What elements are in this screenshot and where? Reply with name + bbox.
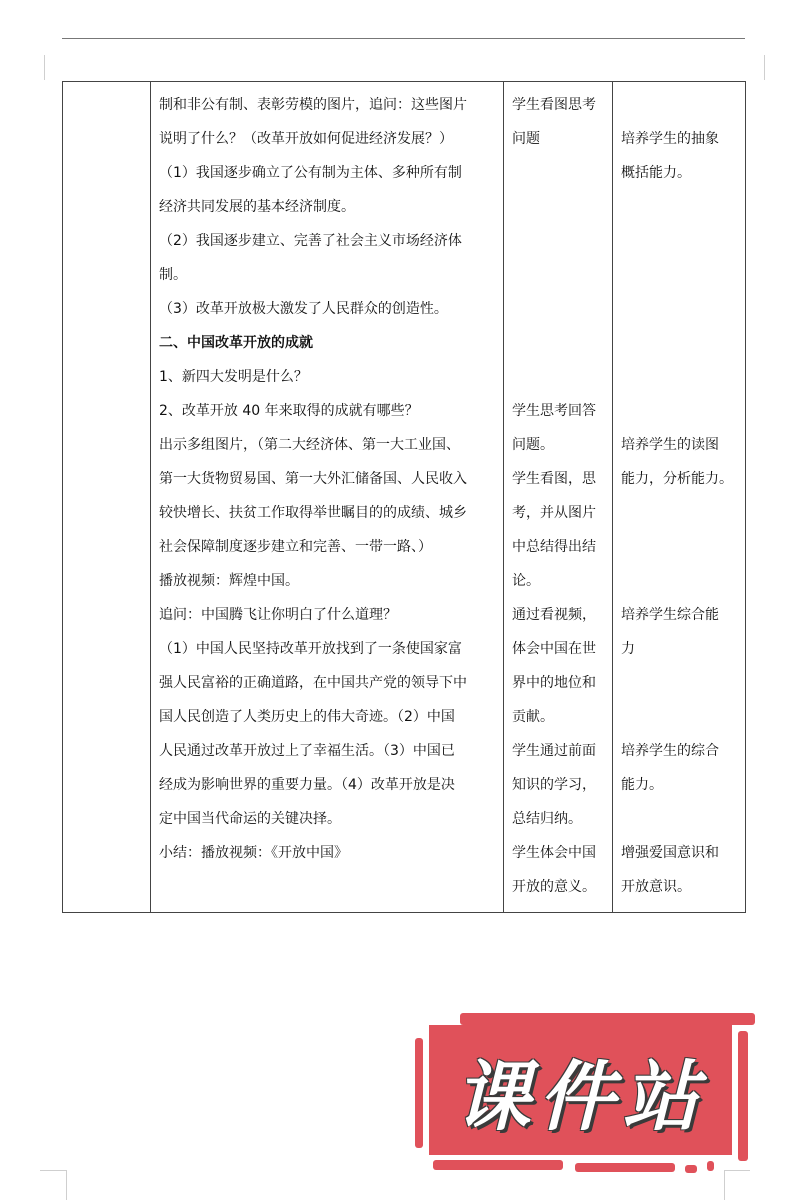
crop-mark-top-right [764,55,765,80]
text-line: 考，并从图片 [512,496,604,530]
text-line: 开放意识。 [621,870,737,904]
text-line: 贡献。 [512,700,604,734]
text-line: 界中的地位和 [512,666,604,700]
text-line: 二、中国改革开放的成就 [159,326,495,360]
text-line: （1）中国人民坚持改革开放找到了一条使国家富 [159,632,495,666]
text-line: 1、新四大发明是什么？ [159,360,495,394]
text-line: 经成为影响世界的重要力量。（4）改革开放是决 [159,768,495,802]
text-line: 培养学生综合能 [621,598,737,632]
crop-mark-bottom-left [40,1170,66,1171]
text-line: 学生体会中国 [512,836,604,870]
text-line: 力 [621,632,737,666]
text-line [621,292,737,326]
text-line: 问题 [512,122,604,156]
crop-mark-bottom-left-v [66,1170,67,1200]
text-line: 国人民创造了人类历史上的伟大奇迹。（2）中国 [159,700,495,734]
text-line: （3）改革开放极大激发了人民群众的创造性。 [159,292,495,326]
text-line: 社会保障制度逐步建立和完善、一带一路、） [159,530,495,564]
text-line: 知识的学习， [512,768,604,802]
text-line [621,700,737,734]
text-line [621,360,737,394]
text-line: 能力，分析能力。 [621,462,737,496]
text-line [621,224,737,258]
text-line [512,258,604,292]
text-line: 强人民富裕的正确道路，在中国共产党的领导下中 [159,666,495,700]
crop-mark-top-left [44,55,45,80]
text-line: 人民通过改革开放过上了幸福生活。（3）中国已 [159,734,495,768]
crop-mark-bottom-right-v [724,1170,725,1200]
text-line: 能力。 [621,768,737,802]
text-line: 2、改革开放 40 年来取得的成就有哪些？ [159,394,495,428]
watermark-text: 课件站 [429,1025,732,1155]
text-line: 制。 [159,258,495,292]
text-line: 较快增长、扶贫工作取得举世瞩目的的成绩、城乡 [159,496,495,530]
text-line: 增强爱国意识和 [621,836,737,870]
page-header-rule [62,38,745,39]
text-line [621,88,737,122]
text-line: （1）我国逐步确立了公有制为主体、多种所有制 [159,156,495,190]
text-line: 开放的意义。 [512,870,604,904]
design-intent-cell: 培养学生的抽象概括能力。 培养学生的读图能力，分析能力。 培养学生综合能力 培养… [613,82,746,913]
text-line: 问题。 [512,428,604,462]
text-line: 小结：播放视频：《开放中国》 [159,836,495,870]
text-line: 通过看视频， [512,598,604,632]
text-line: 培养学生的读图 [621,428,737,462]
text-line [621,564,737,598]
text-line: 学生看图思考 [512,88,604,122]
text-line [512,360,604,394]
table-row: 制和非公有制、表彰劳模的图片，追问：这些图片说明了什么？（改革开放如何促进经济发… [63,82,746,913]
text-line: 第一大货物贸易国、第一大外汇储备国、人民收入 [159,462,495,496]
text-line: 学生通过前面 [512,734,604,768]
text-line [512,156,604,190]
text-line [621,666,737,700]
text-line: 概括能力。 [621,156,737,190]
text-line [621,496,737,530]
text-line [512,292,604,326]
teacher-activity-cell: 制和非公有制、表彰劳模的图片，追问：这些图片说明了什么？（改革开放如何促进经济发… [151,82,504,913]
text-line: 说明了什么？（改革开放如何促进经济发展？） [159,122,495,156]
text-line [621,394,737,428]
text-line [512,224,604,258]
text-line: 论。 [512,564,604,598]
text-line: 经济共同发展的基本经济制度。 [159,190,495,224]
text-line: 总结归纳。 [512,802,604,836]
text-line: 播放视频：辉煌中国。 [159,564,495,598]
text-line [621,530,737,564]
text-line [512,326,604,360]
student-activity-cell: 学生看图思考问题 学生思考回答问题。学生看图，思考，并从图片中总结得出结论。通过… [504,82,613,913]
text-line [621,326,737,360]
text-line: 培养学生的综合 [621,734,737,768]
text-line: （2）我国逐步建立、完善了社会主义市场经济体 [159,224,495,258]
text-line: 体会中国在世 [512,632,604,666]
text-line: 学生思考回答 [512,394,604,428]
text-line: 出示多组图片，（第二大经济体、第一大工业国、 [159,428,495,462]
text-line [621,802,737,836]
text-line: 定中国当代命运的关键决择。 [159,802,495,836]
text-line [621,190,737,224]
text-line [512,190,604,224]
text-line: 学生看图，思 [512,462,604,496]
text-line: 培养学生的抽象 [621,122,737,156]
lesson-plan-table: 制和非公有制、表彰劳模的图片，追问：这些图片说明了什么？（改革开放如何促进经济发… [62,81,746,913]
watermark-logo: 课件站 [415,1013,750,1171]
text-line: 追问：中国腾飞让你明白了什么道理？ [159,598,495,632]
text-line [621,258,737,292]
text-line: 中总结得出结 [512,530,604,564]
text-line: 制和非公有制、表彰劳模的图片，追问：这些图片 [159,88,495,122]
stage-cell [63,82,151,913]
